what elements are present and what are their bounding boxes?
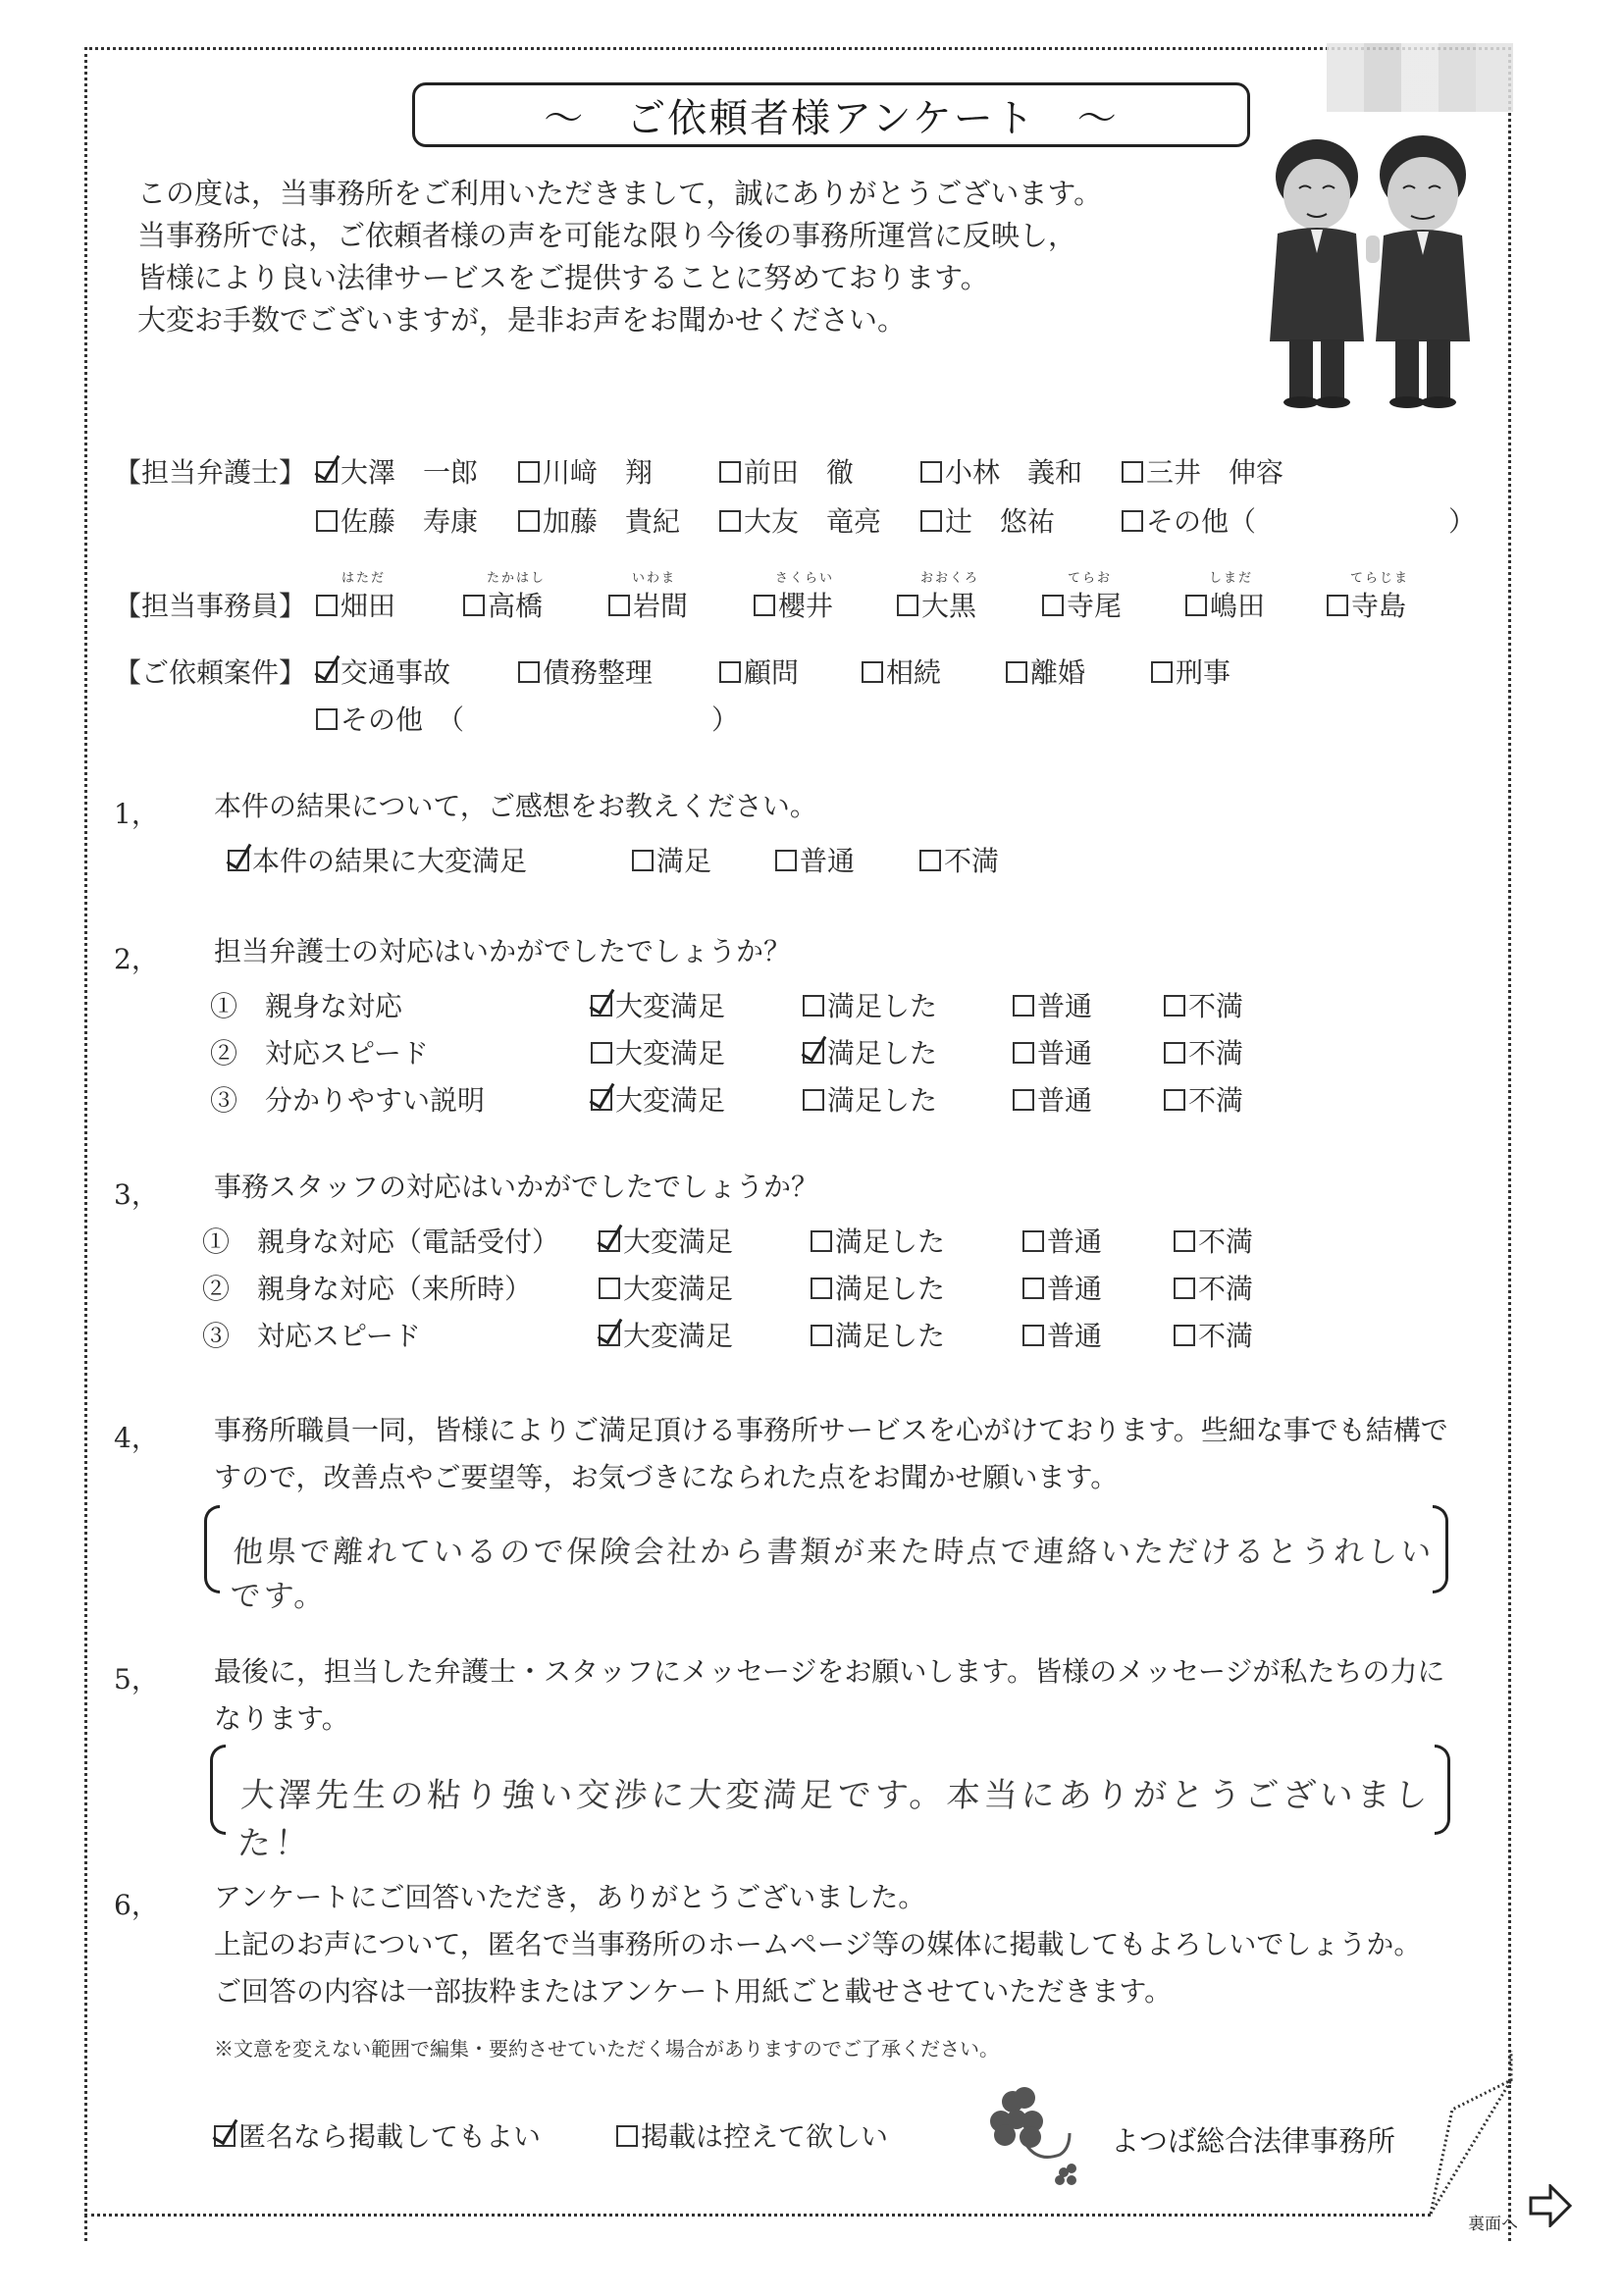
question-number: 1，	[114, 793, 159, 832]
case-option[interactable]: 債務整理	[518, 652, 653, 691]
q3-row-label: ③ 対応スピード	[202, 1315, 421, 1354]
q2-option[interactable]: 大変満足	[591, 1079, 725, 1119]
checkbox-checked-icon[interactable]	[803, 1042, 824, 1064]
question-text: 事務所職員一同，皆様によりご満足頂ける事務所サービスを心がけております。些細な事…	[214, 1407, 1448, 1501]
lawyer-option[interactable]: 川﨑 翔	[518, 451, 653, 491]
checkbox-icon[interactable]	[1174, 1230, 1195, 1252]
q3-option[interactable]: 不満	[1174, 1315, 1253, 1354]
q3-option[interactable]: 満足した	[811, 1221, 945, 1260]
clover-logo-icon	[987, 2084, 1095, 2192]
checkbox-icon[interactable]	[316, 510, 338, 532]
arrow-right-icon[interactable]	[1529, 2184, 1572, 2227]
lawyers-label: 【担当弁護士】	[114, 451, 306, 491]
ruby-text: てらお	[1068, 567, 1112, 586]
q3-option[interactable]: 普通	[1022, 1268, 1102, 1307]
q1-option[interactable]: 普通	[775, 840, 855, 879]
q4-answer-field[interactable]: 他県で離れているので保険会社から書類が来た時点で連絡いただけるとうれしいです。	[204, 1505, 1448, 1593]
staff-option[interactable]: 大黒	[897, 585, 976, 624]
checkbox-icon[interactable]	[463, 595, 485, 616]
title-tilde-left: ～	[544, 87, 585, 143]
case-option[interactable]: 離婚	[1006, 652, 1085, 691]
question-text: アンケートにご回答いただき，ありがとうございました。 上記のお声について，匿名で…	[214, 1874, 1421, 2015]
checkbox-icon[interactable]	[754, 595, 775, 616]
checkbox-icon[interactable]	[1022, 1325, 1044, 1346]
checkbox-icon[interactable]	[1164, 995, 1185, 1017]
redacted-area	[1327, 43, 1513, 112]
checkbox-checked-icon[interactable]	[599, 1325, 620, 1346]
checkbox-icon[interactable]	[811, 1230, 832, 1252]
q3-option[interactable]: 満足した	[811, 1315, 945, 1354]
question-text: 本件の結果について，ご感想をお教えください。	[214, 783, 817, 830]
checkbox-icon[interactable]	[719, 510, 741, 532]
case-option[interactable]: 刑事	[1151, 652, 1230, 691]
page-fold-icon	[1423, 2051, 1531, 2227]
checkbox-icon[interactable]	[608, 595, 630, 616]
q3-option[interactable]: 不満	[1174, 1268, 1253, 1307]
checkbox-icon[interactable]	[1174, 1278, 1195, 1299]
q2-option[interactable]: 普通	[1013, 1079, 1092, 1119]
staff-option[interactable]: 嶋田	[1185, 585, 1265, 624]
checkbox-icon[interactable]	[518, 661, 540, 683]
checkbox-icon[interactable]	[919, 850, 941, 871]
checkbox-checked-icon[interactable]	[591, 1089, 612, 1111]
q3-option[interactable]: 不満	[1174, 1221, 1253, 1260]
checkbox-icon[interactable]	[862, 661, 883, 683]
staff-option[interactable]: 寺尾	[1042, 585, 1122, 624]
q3-option[interactable]: 大変満足	[599, 1315, 733, 1354]
q3-option[interactable]: 満足した	[811, 1268, 945, 1307]
ruby-text: たかはし	[487, 567, 546, 586]
page-title: ～ ご依頼者様アンケート ～	[412, 82, 1250, 147]
question-number: 2，	[114, 938, 159, 977]
lawyer-option[interactable]: 加藤 貴紀	[518, 500, 680, 540]
checkbox-checked-icon[interactable]	[228, 850, 249, 871]
checkbox-icon[interactable]	[719, 661, 741, 683]
q6-option[interactable]: 匿名なら掲載してもよい	[214, 2115, 541, 2155]
q4-answer-text: 他県で離れているので保険会社から書類が来た時点で連絡いただけるとうれしいです。	[229, 1527, 1451, 1615]
ruby-text: しまだ	[1209, 567, 1253, 586]
q1-option[interactable]: 満足	[632, 840, 711, 879]
back-page-label[interactable]: 裏面へ	[1468, 2210, 1518, 2234]
q2-option[interactable]: 満足した	[803, 1032, 937, 1071]
checkbox-icon[interactable]	[1013, 995, 1034, 1017]
checkbox-icon[interactable]	[811, 1278, 832, 1299]
checkbox-icon[interactable]	[1013, 1042, 1034, 1064]
staff-option[interactable]: 高橋	[463, 585, 543, 624]
firm-name: よつば総合法律事務所	[1111, 2119, 1395, 2160]
lawyer-option[interactable]: 佐藤 寿康	[316, 500, 478, 540]
checkbox-checked-icon[interactable]	[316, 661, 338, 683]
checkbox-icon[interactable]	[1151, 661, 1173, 683]
lawyers-illustration	[1256, 118, 1492, 412]
lawyer-option[interactable]: 辻 悠祐	[920, 500, 1055, 540]
ruby-text: さくらい	[775, 567, 834, 586]
checkbox-icon[interactable]	[1174, 1325, 1195, 1346]
checkbox-icon[interactable]	[1122, 510, 1143, 532]
q2-option[interactable]: 満足した	[803, 1079, 937, 1119]
staff-option[interactable]: 寺島	[1327, 585, 1406, 624]
checkbox-checked-icon[interactable]	[316, 461, 338, 483]
q2-option[interactable]: 満足した	[803, 985, 937, 1024]
checkbox-icon[interactable]	[599, 1278, 620, 1299]
lawyer-option[interactable]: 小林 義和	[920, 451, 1082, 491]
q1-option[interactable]: 本件の結果に大変満足	[228, 840, 527, 879]
question-number: 6，	[114, 1884, 159, 1923]
q2-row-label: ② 対応スピード	[210, 1032, 429, 1071]
q2-option[interactable]: 普通	[1013, 985, 1092, 1024]
question-text: 事務スタッフの対応はいかがでしたでしょうか？	[214, 1164, 818, 1211]
q2-option[interactable]: 大変満足	[591, 1032, 725, 1071]
ruby-text: はただ	[341, 567, 386, 586]
checkbox-icon[interactable]	[803, 1089, 824, 1111]
lawyer-option[interactable]: 大澤 一郎	[316, 451, 478, 491]
lawyer-option[interactable]: 大友 竜亮	[719, 500, 881, 540]
checkbox-icon[interactable]	[616, 2125, 638, 2147]
q5-answer-text: 大澤先生の粘り強い交渉に大変満足です。本当にありがとうございました！	[236, 1768, 1454, 1864]
checkbox-icon[interactable]	[591, 1042, 612, 1064]
q3-option[interactable]: 普通	[1022, 1221, 1102, 1260]
checkbox-icon[interactable]	[811, 1325, 832, 1346]
checkbox-icon[interactable]	[316, 595, 338, 616]
question-text: 最後に，担当した弁護士・スタッフにメッセージをお願いします。皆様のメッセージが私…	[214, 1648, 1444, 1743]
staff-label: 【担当事務員】	[114, 585, 306, 624]
q3-option[interactable]: 大変満足	[599, 1221, 733, 1260]
lawyer-option-other[interactable]: その他（ ）	[1122, 500, 1476, 540]
cases-label: 【ご依頼案件】	[114, 652, 306, 691]
q3-row-label: ② 親身な対応（来所時）	[202, 1268, 532, 1307]
checkbox-icon[interactable]	[1122, 461, 1143, 483]
checkbox-icon[interactable]	[1006, 661, 1027, 683]
checkbox-icon[interactable]	[1022, 1230, 1044, 1252]
q2-option[interactable]: 不満	[1164, 1032, 1243, 1071]
checkbox-icon[interactable]	[920, 510, 942, 532]
intro-paragraph: この度は，当事務所をご利用いただきまして，誠にありがとうございます。 当事務所で…	[137, 173, 1102, 341]
intro-line: 大変お手数でございますが，是非お声をお聞かせください。	[137, 299, 1102, 341]
checkbox-icon[interactable]	[518, 461, 540, 483]
q1-option[interactable]: 不満	[919, 840, 999, 879]
checkbox-icon[interactable]	[1013, 1089, 1034, 1111]
intro-line: この度は，当事務所をご利用いただきまして，誠にありがとうございます。	[137, 173, 1102, 215]
checkbox-icon[interactable]	[1164, 1089, 1185, 1111]
checkbox-icon[interactable]	[775, 850, 797, 871]
intro-line: 皆様により良い法律サービスをご提供することに努めております。	[137, 257, 1102, 299]
checkbox-icon[interactable]	[1042, 595, 1064, 616]
checkbox-checked-icon[interactable]	[599, 1230, 620, 1252]
checkbox-checked-icon[interactable]	[214, 2125, 236, 2147]
q5-answer-field[interactable]: 大澤先生の粘り強い交渉に大変満足です。本当にありがとうございました！	[210, 1745, 1450, 1835]
checkbox-icon[interactable]	[1327, 595, 1348, 616]
q3-option[interactable]: 普通	[1022, 1315, 1102, 1354]
q3-option[interactable]: 大変満足	[599, 1268, 733, 1307]
title-text: ご依頼者様アンケート	[626, 87, 1036, 143]
lawyer-option[interactable]: 前田 徹	[719, 451, 854, 491]
checkbox-icon[interactable]	[316, 708, 338, 730]
staff-option[interactable]: 櫻井	[754, 585, 833, 624]
checkbox-icon[interactable]	[632, 850, 654, 871]
case-option[interactable]: 顧問	[719, 652, 799, 691]
case-option[interactable]: 交通事故	[316, 652, 450, 691]
ruby-text: いわま	[632, 567, 676, 586]
q2-option[interactable]: 不満	[1164, 1079, 1243, 1119]
ruby-text: おおくろ	[920, 567, 979, 586]
checkbox-icon[interactable]	[1022, 1278, 1044, 1299]
checkbox-icon[interactable]	[518, 510, 540, 532]
q2-option[interactable]: 普通	[1013, 1032, 1092, 1071]
question-number: 3，	[114, 1174, 159, 1213]
q2-option[interactable]: 大変満足	[591, 985, 725, 1024]
q3-row-label: ① 親身な対応（電話受付）	[202, 1221, 559, 1260]
q2-row-label: ③ 分かりやすい説明	[210, 1079, 485, 1119]
lawyer-option[interactable]: 三井 伸容	[1122, 451, 1283, 491]
question-number: 5，	[114, 1658, 159, 1697]
q2-row-label: ① 親身な対応	[210, 985, 402, 1024]
intro-line: 当事務所では，ご依頼者様の声を可能な限り今後の事務所運営に反映し，	[137, 215, 1102, 257]
checkbox-icon[interactable]	[803, 995, 824, 1017]
q2-option[interactable]: 不満	[1164, 985, 1243, 1024]
staff-option[interactable]: 岩間	[608, 585, 688, 624]
editing-note: ※文意を変えない範囲で編集・要約させていただく場合がありますのでご了承ください。	[214, 2033, 999, 2061]
question-number: 4，	[114, 1417, 159, 1456]
staff-option[interactable]: 畑田	[316, 585, 395, 624]
q6-option[interactable]: 掲載は控えて欲しい	[616, 2115, 888, 2155]
checkbox-checked-icon[interactable]	[591, 995, 612, 1017]
page-bottom-border	[84, 2214, 1431, 2217]
checkbox-icon[interactable]	[897, 595, 918, 616]
case-option[interactable]: 相続	[862, 652, 941, 691]
question-text: 担当弁護士の対応はいかがでしたでしょうか？	[214, 928, 791, 975]
title-tilde-right: ～	[1077, 87, 1119, 143]
checkbox-icon[interactable]	[1185, 595, 1207, 616]
checkbox-icon[interactable]	[1164, 1042, 1185, 1064]
case-option-other[interactable]: その他 （ ）	[316, 699, 739, 738]
ruby-text: てらじま	[1350, 567, 1409, 586]
checkbox-icon[interactable]	[920, 461, 942, 483]
checkbox-icon[interactable]	[719, 461, 741, 483]
